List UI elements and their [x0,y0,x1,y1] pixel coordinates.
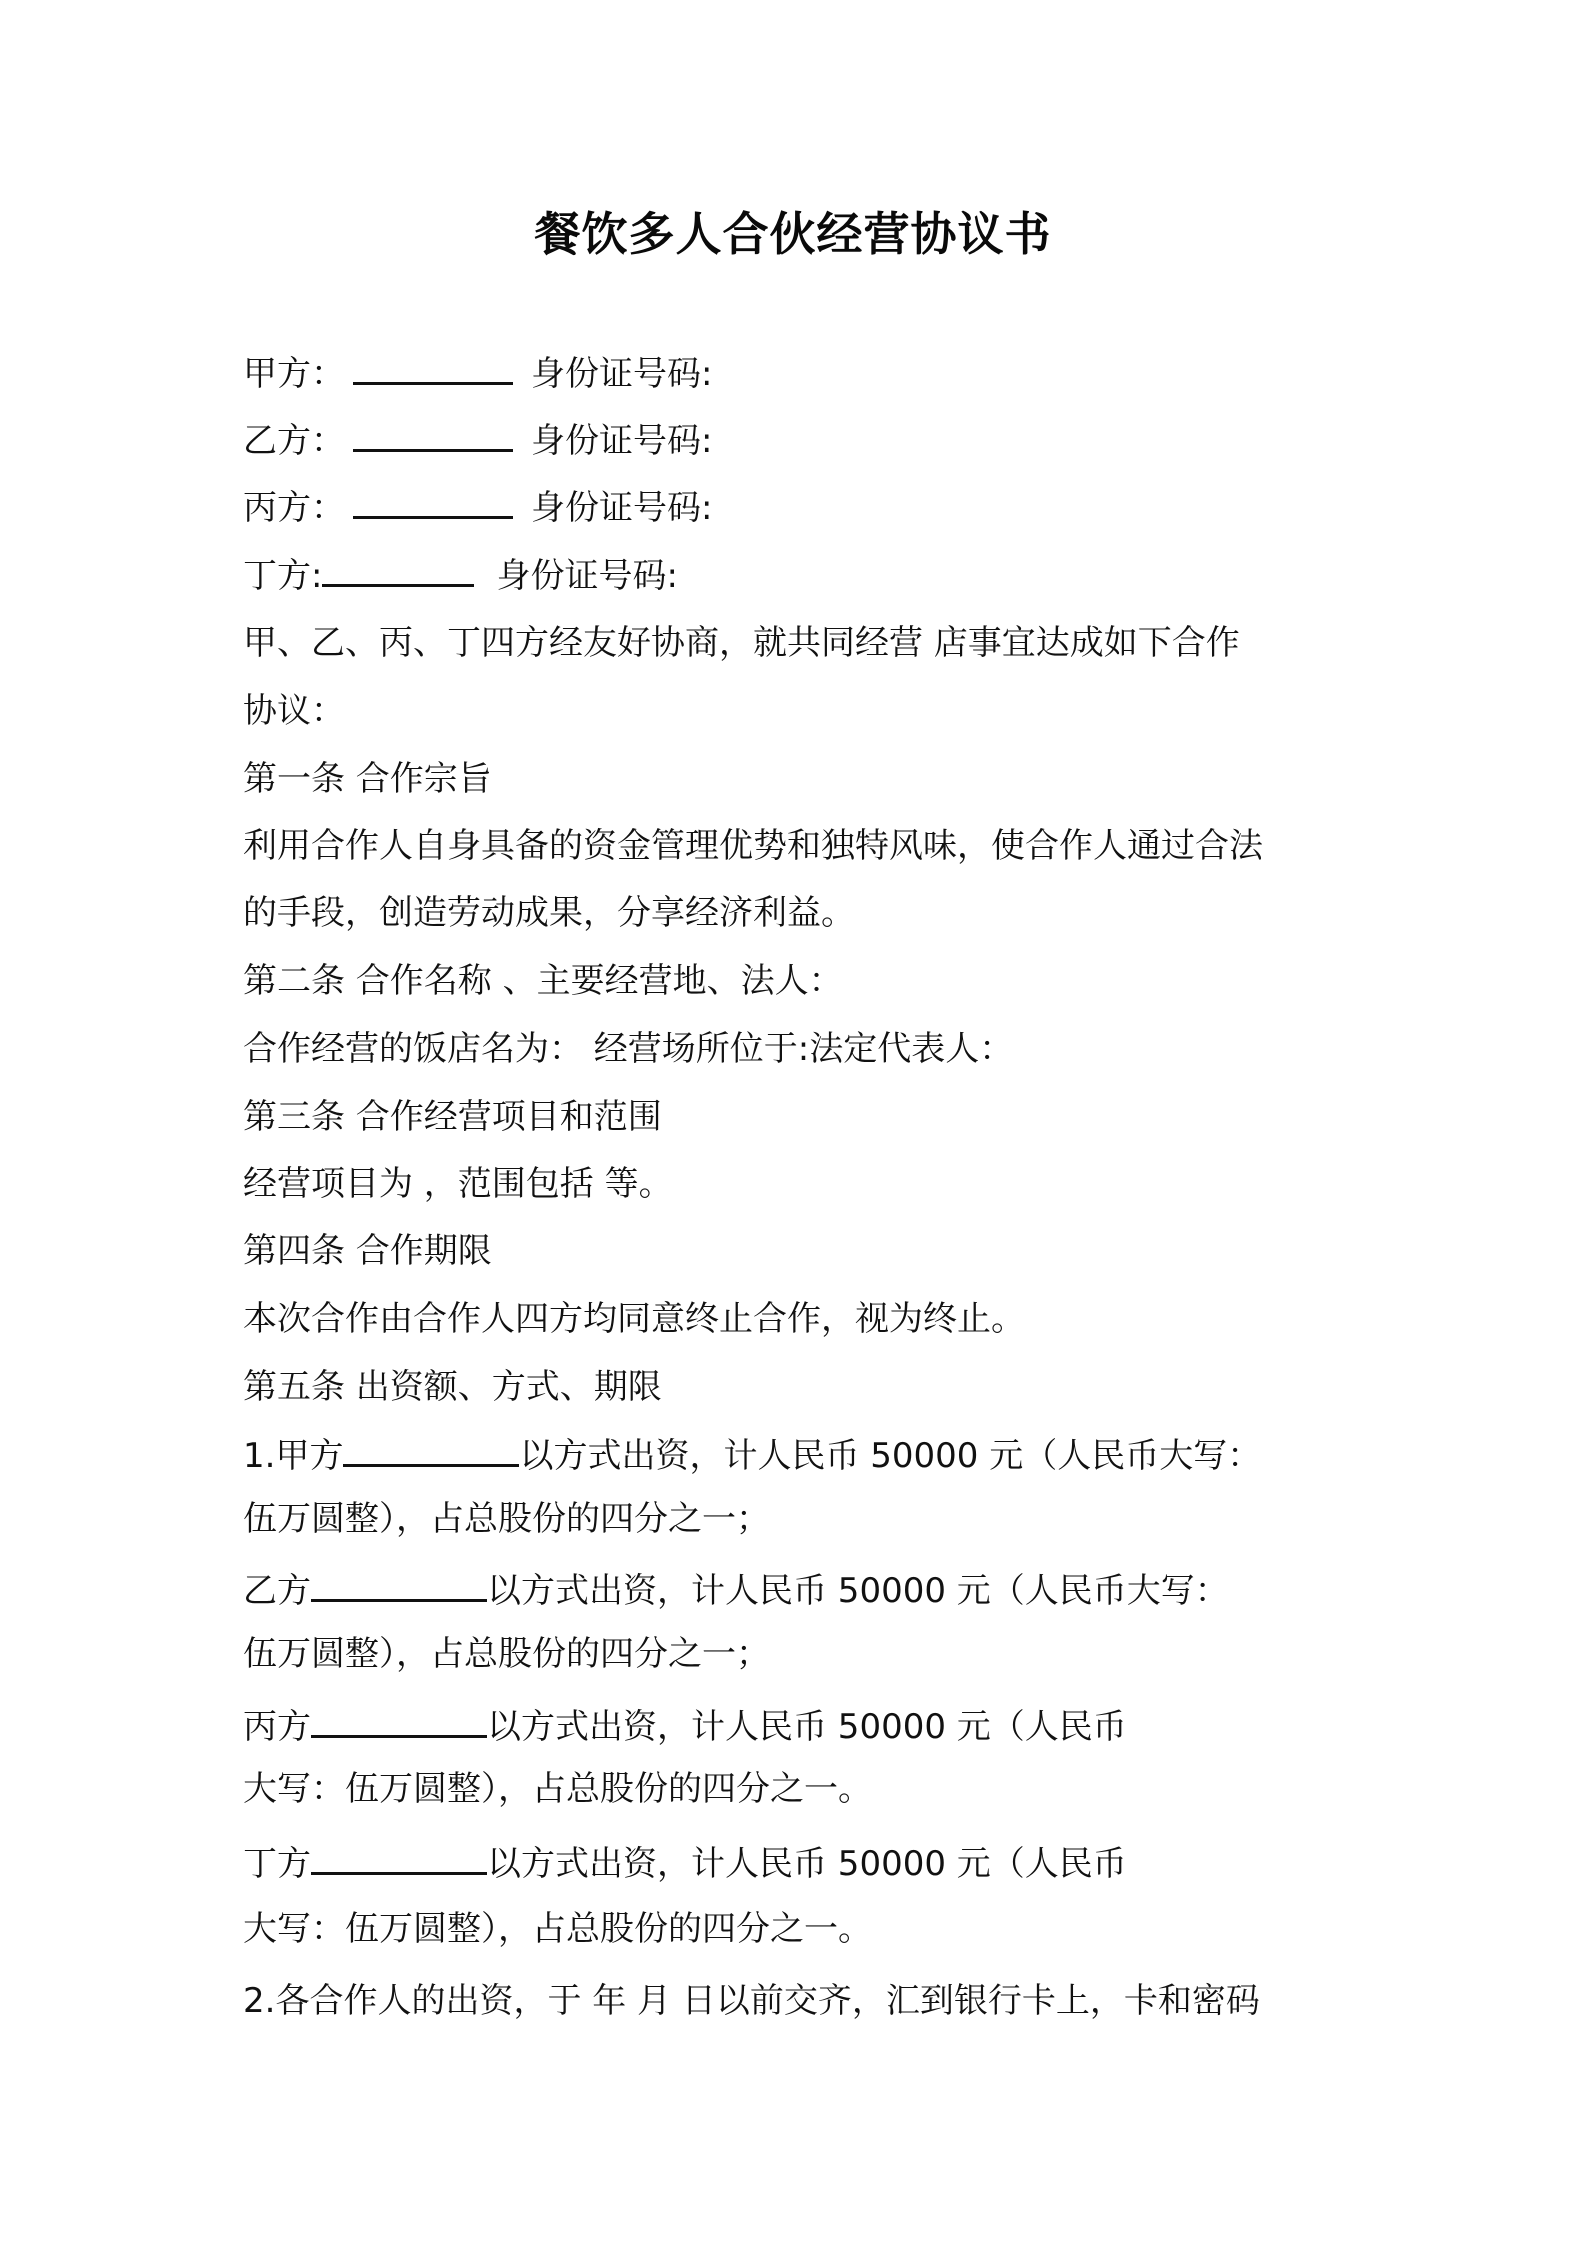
id-number-label: 身份证号码: [496,556,677,596]
article-5-clause-2: 2.各合作人的出资，于 年 月 日以前交齐，汇到银行卡上，卡和密码 [243,1981,1260,2021]
article-2-heading: 第二条 合作名称 、主要经营地、法人： [243,961,843,1001]
article-4-heading: 第四条 合作期限 [243,1231,492,1271]
contribution-party: 乙方 [243,1571,311,1611]
article-4-body-line-1: 本次合作由合作人四方均同意终止合作，视为终止。 [243,1299,1025,1339]
contribution-terms: 以方式出资，计人民币 50000 元（人民币 [487,1844,1127,1884]
party-name-blank[interactable] [322,558,474,587]
party-name-blank[interactable] [353,490,513,519]
article-3-heading: 第三条 合作经营项目和范围 [243,1097,662,1137]
contribution-ding-line-2: 大写：伍万圆整），占总股份的四分之一。 [243,1909,872,1949]
contribution-party: 丁方 [243,1844,311,1884]
article-2-body-line-1: 合作经营的饭店名为： 经营场所位于:法定代表人： [243,1029,1013,1069]
article-1-body-line-1: 利用合作人自身具备的资金管理优势和独特风味，使合作人通过合法 [243,826,1263,866]
intro-line-1: 甲、乙、丙、丁四方经友好协商，就共同经营 店事宜达成如下合作 [243,623,1240,663]
page-title: 餐饮多人合伙经营协议书 [0,198,1586,264]
contribution-ding-line-1: 丁方以方式出资，计人民币 50000 元（人民币 [243,1844,1127,1884]
party-row-ding: 丁方:身份证号码: [243,556,678,596]
party-name-blank[interactable] [353,423,513,452]
contribution-method-blank[interactable] [343,1438,519,1467]
party-row-yi: 乙方：身份证号码: [243,421,712,461]
contribution-party: 1.甲方 [243,1436,343,1476]
party-row-bing: 丙方：身份证号码: [243,488,712,528]
contribution-yi-line-2: 伍万圆整），占总股份的四分之一； [243,1634,770,1674]
contribution-method-blank[interactable] [311,1709,487,1738]
article-3-body-line-1: 经营项目为 ，范围包括 等。 [243,1164,673,1204]
id-number-label: 身份证号码: [531,354,712,394]
contribution-bing-line-1: 丙方以方式出资，计人民币 50000 元（人民币 [243,1707,1127,1747]
article-5-heading: 第五条 出资额、方式、期限 [243,1367,662,1407]
intro-line-2: 协议： [243,691,345,731]
contribution-terms: 以方式出资，计人民币 50000 元（人民币大写： [519,1436,1261,1476]
id-number-label: 身份证号码: [531,421,712,461]
id-number-label: 身份证号码: [531,488,712,528]
contribution-jia-line-2: 伍万圆整），占总股份的四分之一； [243,1499,770,1539]
contribution-bing-line-2: 大写：伍万圆整），占总股份的四分之一。 [243,1769,872,1809]
party-row-jia: 甲方：身份证号码: [243,354,712,394]
contribution-terms: 以方式出资，计人民币 50000 元（人民币大写： [487,1571,1229,1611]
document-page: 餐饮多人合伙经营协议书 甲方：身份证号码: 乙方：身份证号码: 丙方：身份证号码… [0,0,1586,2244]
contribution-yi-line-1: 乙方以方式出资，计人民币 50000 元（人民币大写： [243,1571,1229,1611]
contribution-jia-line-1: 1.甲方以方式出资，计人民币 50000 元（人民币大写： [243,1436,1261,1476]
party-label: 丁方: [243,556,322,596]
contribution-party: 丙方 [243,1707,311,1747]
party-label: 丙方： [243,488,345,528]
contribution-terms: 以方式出资，计人民币 50000 元（人民币 [487,1707,1127,1747]
article-1-body-line-2: 的手段，创造劳动成果，分享经济利益。 [243,893,855,933]
article-1-heading: 第一条 合作宗旨 [243,759,492,799]
contribution-method-blank[interactable] [311,1846,487,1875]
contribution-method-blank[interactable] [311,1573,487,1602]
party-label: 甲方： [243,354,345,394]
party-name-blank[interactable] [353,356,513,385]
party-label: 乙方： [243,421,345,461]
